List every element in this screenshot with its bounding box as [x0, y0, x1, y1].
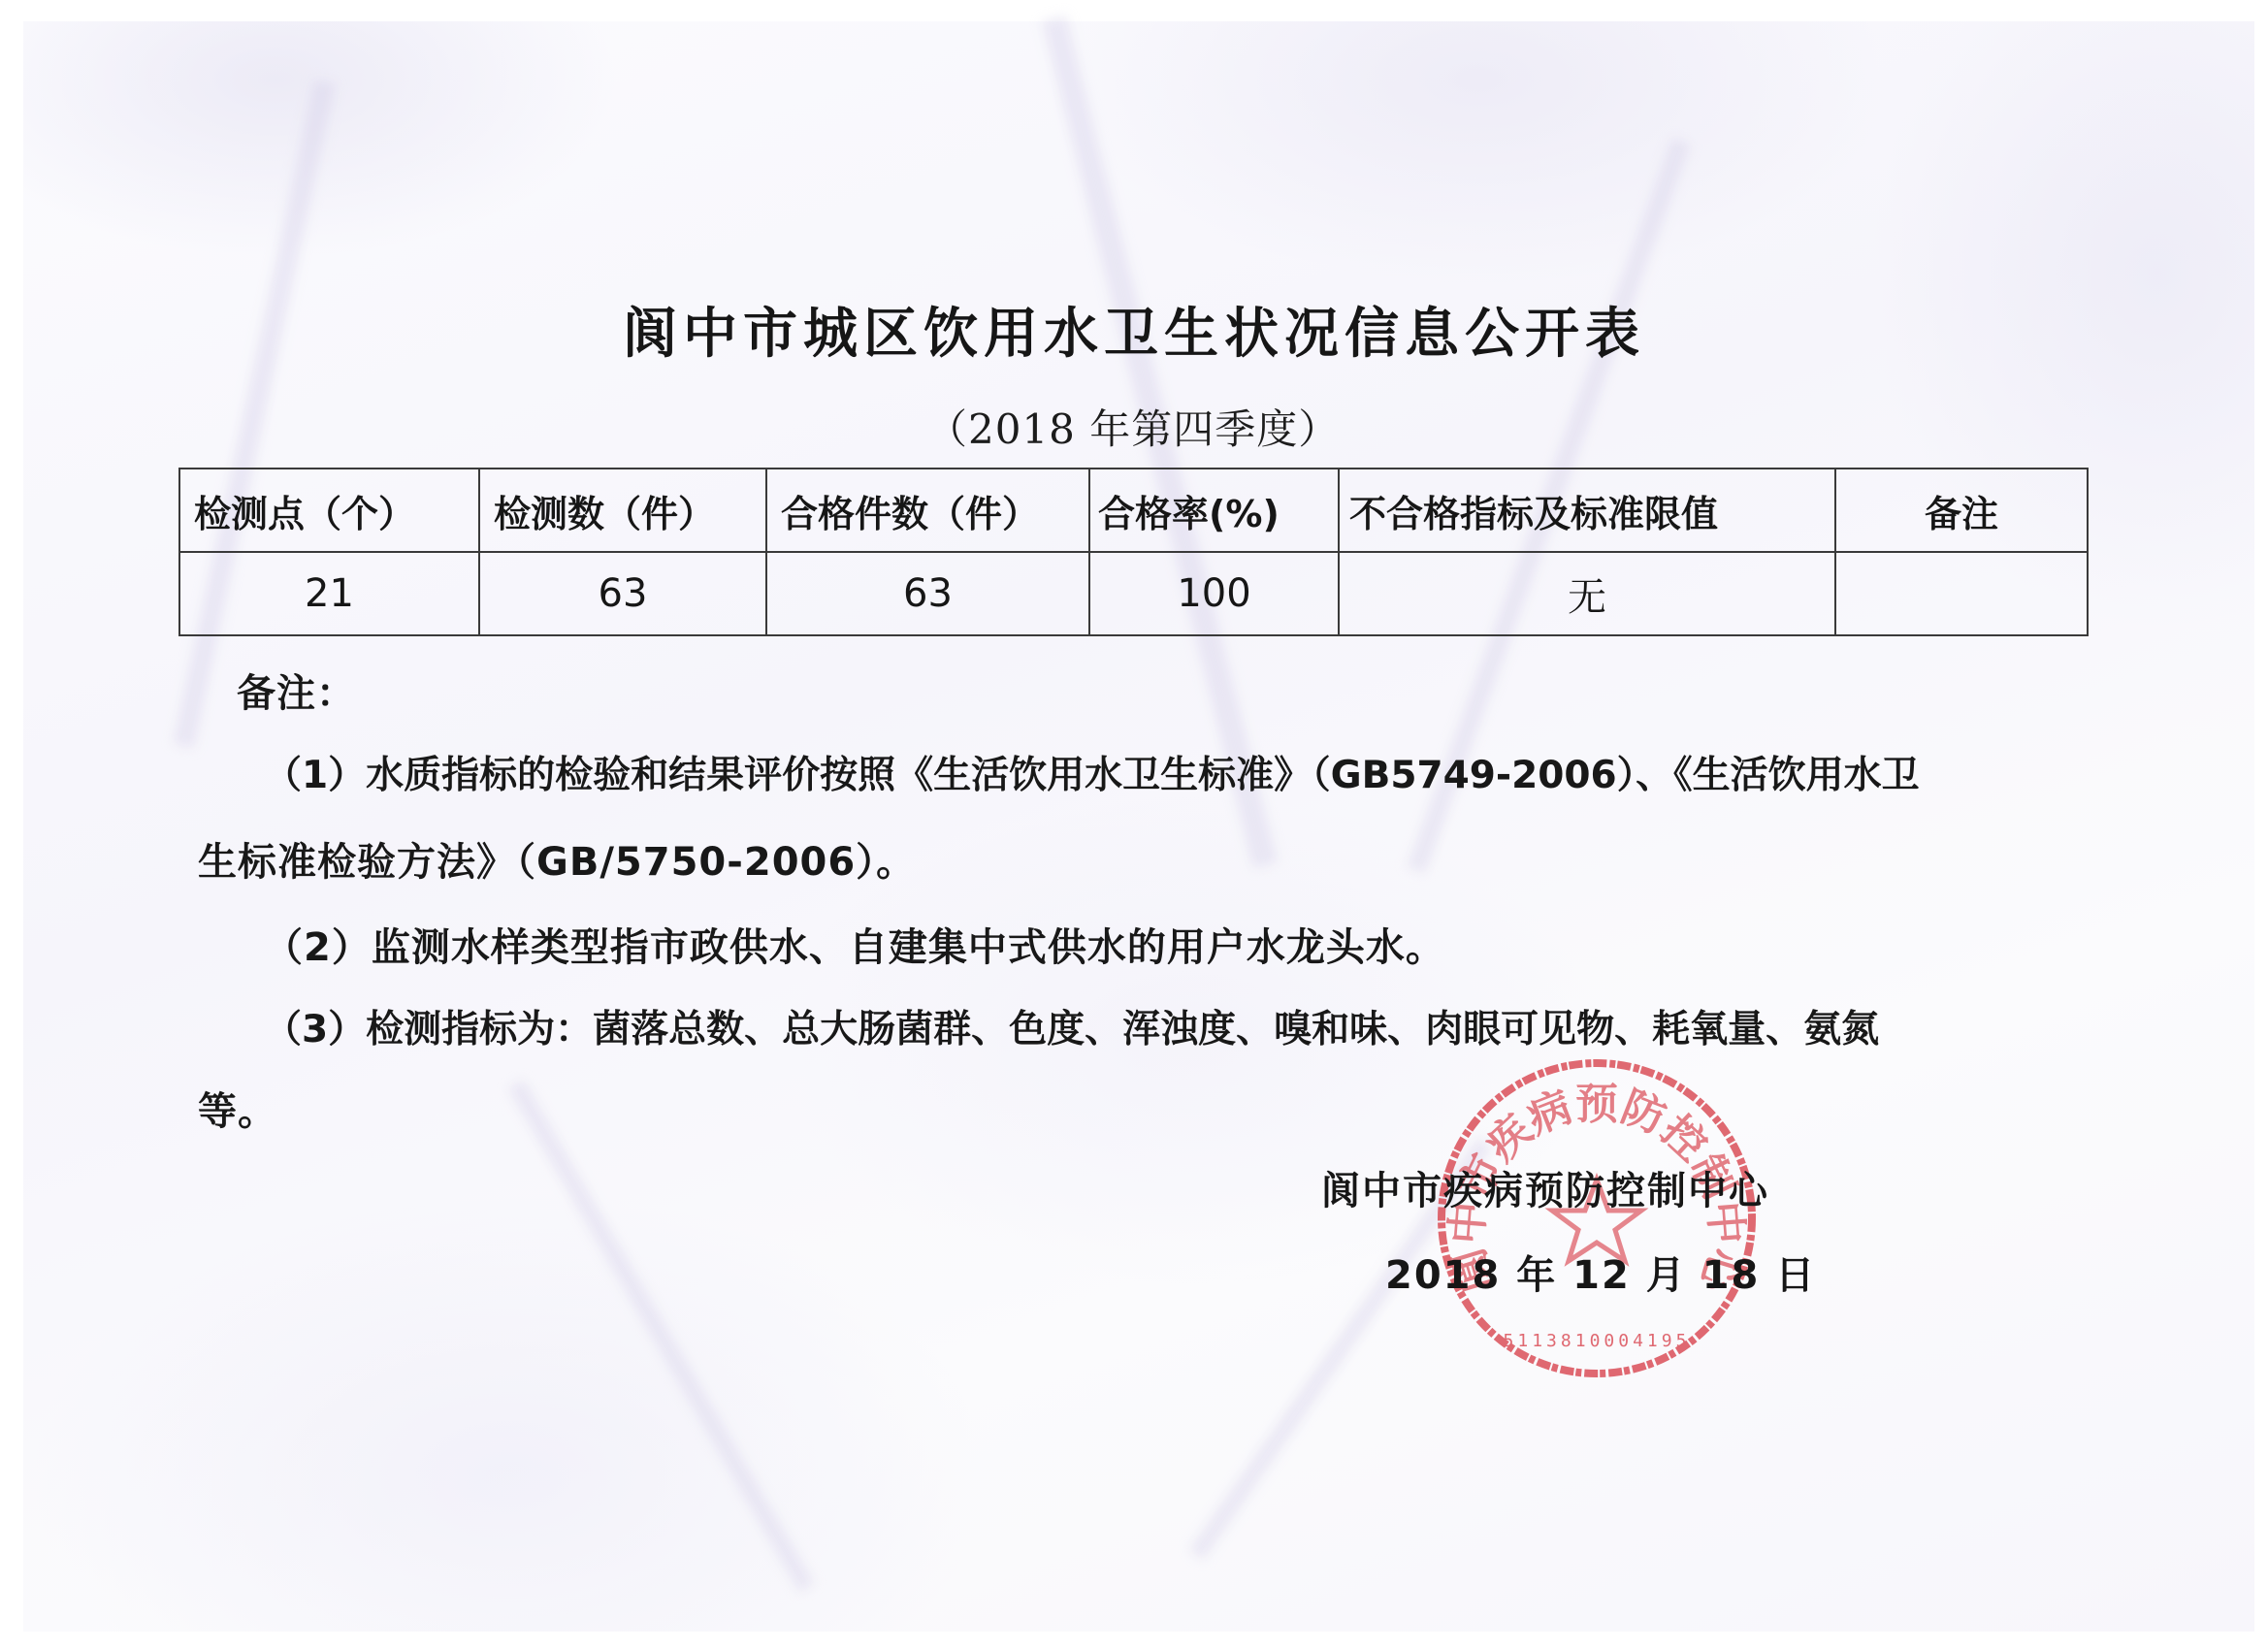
table-header-row: 检测点（个） 检测数（件） 合格件数（件） 合格率(%) 不合格指标及标准限值 …: [179, 469, 2088, 552]
header-test-points: 检测点（个）: [179, 469, 479, 552]
table-row: 21 63 63 100 无: [179, 552, 2088, 635]
note-2: （2）监测水样类型指市政供水、自建集中式供水的用户水龙头水。: [264, 917, 1445, 972]
paper-crease: [508, 1080, 815, 1593]
cell-remarks: [1835, 552, 2088, 635]
header-pass-rate: 合格率(%): [1089, 469, 1339, 552]
official-seal-icon: 阆中市疾病预防控制中心 5113810004195: [1434, 1055, 1760, 1381]
note-1-line-1: （1）水质指标的检验和结果评价按照《生活饮用水卫生标准》（GB5749-2006…: [264, 745, 1920, 799]
paper-sheet: [23, 21, 2254, 1632]
cell-qualified-count: 63: [766, 552, 1089, 635]
paper-crease: [173, 80, 335, 748]
water-quality-table: 检测点（个） 检测数（件） 合格件数（件） 合格率(%) 不合格指标及标准限值 …: [178, 468, 2089, 636]
signature-date: 2018 年 12 月 18 日: [1385, 1245, 1816, 1300]
notes-heading: 备注：: [237, 663, 356, 718]
note-1-line-2: 生标准检验方法》（GB/5750-2006）。: [198, 831, 916, 887]
seal-code: 5113810004195: [1504, 1331, 1691, 1351]
header-remarks: 备注: [1835, 469, 2088, 552]
note-3-line-2: 等。: [198, 1081, 277, 1136]
header-failed-indicators: 不合格指标及标准限值: [1339, 469, 1835, 552]
header-test-count: 检测数（件）: [479, 469, 766, 552]
document-subtitle: （2018 年第四季度）: [926, 398, 1340, 456]
signature-organization: 阆中市疾病预防控制中心: [1321, 1160, 1769, 1215]
cell-pass-rate: 100: [1089, 552, 1339, 635]
cell-test-points: 21: [179, 552, 479, 635]
cell-test-count: 63: [479, 552, 766, 635]
header-qualified-count: 合格件数（件）: [766, 469, 1089, 552]
document-title: 阆中市城区饮用水卫生状况信息公开表: [0, 291, 2268, 369]
cell-failed-indicators: 无: [1339, 552, 1835, 635]
note-3-line-1: （3）检测指标为：菌落总数、总大肠菌群、色度、浑浊度、嗅和味、肉眼可见物、耗氧量…: [264, 999, 1879, 1053]
